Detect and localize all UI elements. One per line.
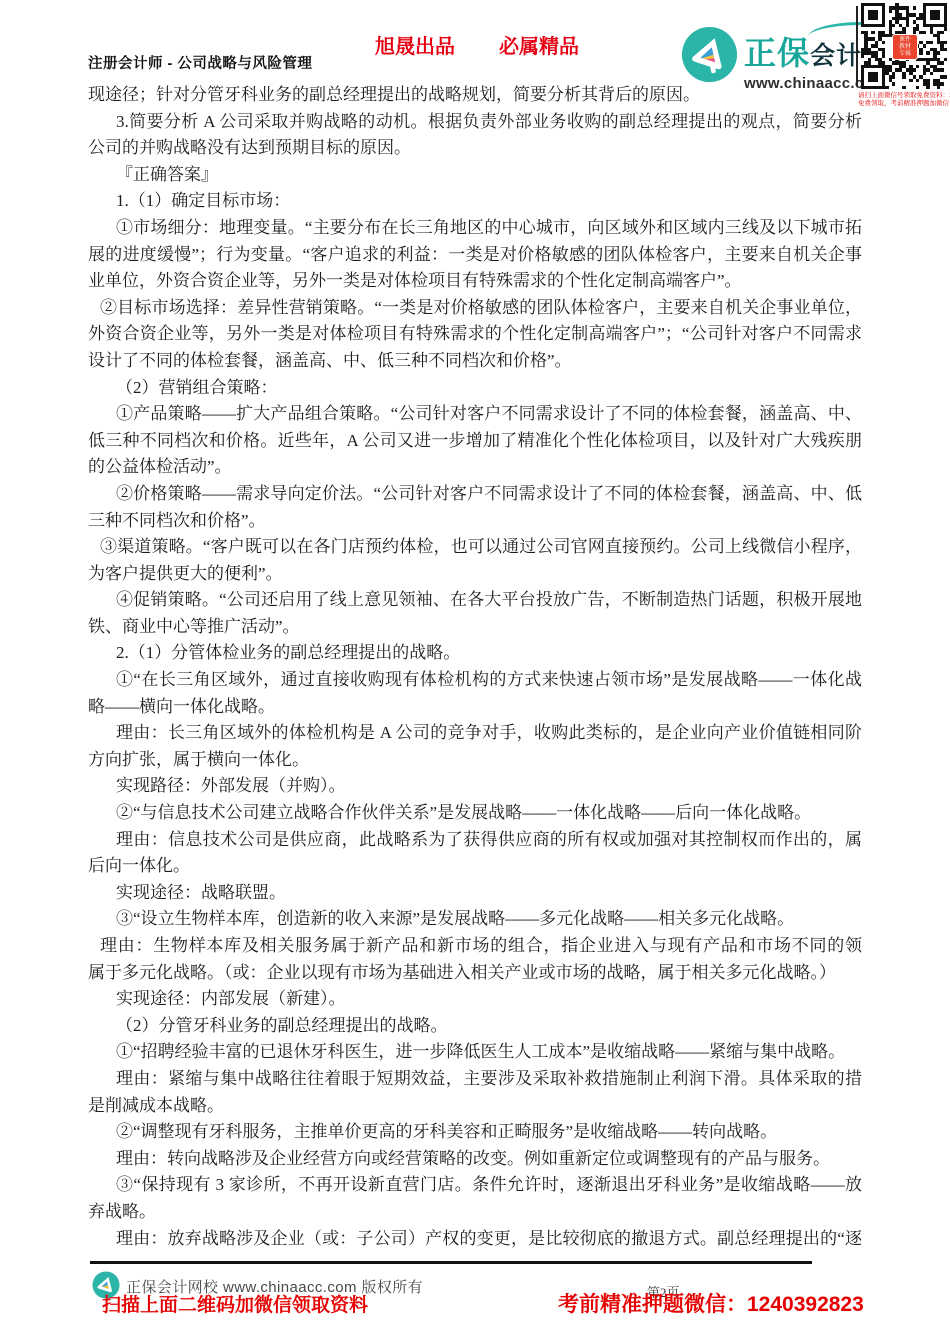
- doc-line: 现途径；针对分管牙科业务的副总经理提出的战略规划，简要分析其背后的原因。: [88, 82, 862, 109]
- doc-line: 略——横向一体化战略。: [88, 694, 862, 721]
- doc-line: 理由：放弃战略涉及企业（或：子公司）产权的变更，是比较彻底的撤退方式。副总经理提…: [88, 1226, 862, 1253]
- doc-line: 属于多元化战略。（或：企业以现有市场为基础进入相关产业或市场的战略，属于相关多元…: [88, 960, 862, 987]
- slogan-left-text: 旭晟出品: [375, 30, 455, 59]
- doc-line: 业单位，外资合资企业等，另外一类是对体检项目有特殊需求的个性化定制高端客户”。: [88, 268, 862, 295]
- brand-logo-icon: [681, 26, 738, 83]
- doc-line: 的公益体检活动”。: [88, 454, 862, 481]
- doc-line: 『正确答案』: [88, 162, 862, 189]
- doc-line: 低三种不同档次和价格。近些年，A 公司又进一步增加了精准化个性化体检项目，以及针…: [88, 428, 862, 455]
- doc-line: 后向一体化。: [88, 853, 862, 880]
- doc-line: ①“在长三角区域外，通过直接收购现有体检机构的方式来快速占领市场”是发展战略——…: [88, 667, 862, 694]
- doc-line: ②“与信息技术公司建立战略合作伙伴关系”是发展战略——一体化战略——后向一体化战…: [88, 800, 862, 827]
- doc-line: 方向扩张，属于横向一体化。: [88, 747, 862, 774]
- doc-line: 理由：生物样本库及相关服务属于新产品和新市场的组合，指企业进入与现有产品和市场不…: [88, 933, 862, 960]
- qr-caption: 请扫上面微信号领取免费资料：1240392823 免费领取，考前精准押题加微信：…: [858, 92, 950, 108]
- doc-line: 展的进度缓慢”；行为变量。“客户追求的利益：一类是对价格敏感的团队体检客户，主要…: [88, 242, 862, 269]
- doc-line: 外资合资企业等，另外一类是对体检项目有特殊需求的个性化定制高端客户”；“公司针对…: [88, 321, 862, 348]
- doc-line: （2）分管牙科业务的副总经理提出的战略。: [88, 1013, 862, 1040]
- qr-badge-text: 专属: [893, 51, 917, 58]
- document-page: 旭晟出品 必属精品 正保 会计网校 www.chinaacc.com: [0, 0, 950, 1344]
- doc-line: 理由：信息技术公司是供应商，此战略系为了获得供应商的所有权或加强对其控制权而作出…: [88, 827, 862, 854]
- doc-line: ①“招聘经验丰富的已退休牙科医生，进一步降低医生人工成本”是收缩战略——紧缩与集…: [88, 1039, 862, 1066]
- doc-line: 1.（1）确定目标市场：: [88, 188, 862, 215]
- footer-wechat-note: 考前精准押题微信：1240392823: [558, 1288, 864, 1318]
- doc-line: 理由：转向战略涉及企业经营方向或经营策略的改变。例如重新定位或调整现有的产品与服…: [88, 1146, 862, 1173]
- doc-line: 理由：紧缩与集中战略往往着眼于短期效益，主要涉及采取补救措施制止利润下滑。具体采…: [88, 1066, 862, 1093]
- brand-name-primary: 正保: [744, 28, 810, 74]
- doc-line: 公司的并购战略没有达到预期目标的原因。: [88, 135, 862, 162]
- doc-line: ③渠道策略。“客户既可以在各门店预约体检，也可以通过公司官网直接预约。公司上线微…: [88, 534, 862, 561]
- doc-line: 3.简要分析 A 公司采取并购战略的动机。根据负责外部业务收购的副总经理提出的观…: [88, 109, 862, 136]
- doc-line: ②目标市场选择：差异性营销策略。“一类是对价格敏感的团队体检客户，主要来自机关企…: [88, 295, 862, 322]
- qr-caption-line2: 免费领取，考前精准押题加微信：1240392823: [858, 100, 950, 108]
- doc-line: ①市场细分：地理变量。“主要分布在长三角地区的中心城市，向区域外和区域内三线及以…: [88, 215, 862, 242]
- qr-badge-text: 课件: [893, 37, 917, 44]
- document-body: 现途径；针对分管牙科业务的副总经理提出的战略规划，简要分析其背后的原因。3.简要…: [88, 82, 862, 1252]
- doc-line: （2）营销组合策略：: [88, 375, 862, 402]
- doc-line: ②价格策略——需求导向定价法。“公司针对客户不同需求设计了不同的体检套餐，涵盖高…: [88, 481, 862, 508]
- doc-line: ①产品策略——扩大产品组合策略。“公司针对客户不同需求设计了不同的体检套餐，涵盖…: [88, 401, 862, 428]
- doc-line: ④促销策略。“公司还启用了线上意见领袖、在各大平台投放广告，不断制造热门话题，积…: [88, 587, 862, 614]
- qr-separator-line: [856, 6, 858, 86]
- qr-badge-text: 教材: [893, 44, 917, 51]
- doc-line: 实现途径：内部发展（新建）。: [88, 986, 862, 1013]
- doc-line: 铁、商业中心等推广活动”。: [88, 614, 862, 641]
- course-title: 注册会计师 - 公司战略与风险管理: [88, 52, 312, 73]
- doc-line: ③“设立生物样本库，创造新的收入来源”是发展战略——多元化战略——相关多元化战略…: [88, 906, 862, 933]
- doc-line: 实现途径：战略联盟。: [88, 880, 862, 907]
- qr-code: 课件 教材 专属: [861, 3, 947, 89]
- doc-line: 为客户提供更大的便利”。: [88, 561, 862, 588]
- doc-line: 是削减成本战略。: [88, 1093, 862, 1120]
- top-slogan: 旭晟出品 必属精品: [375, 30, 579, 59]
- doc-line: ③“保持现有 3 家诊所，不再开设新直营门店。条件允许时，逐渐退出牙科业务”是收…: [88, 1172, 862, 1199]
- qr-caption-line1: 请扫上面微信号领取免费资料：1240392823: [858, 92, 950, 100]
- slogan-right-text: 必属精品: [499, 30, 579, 59]
- footer-scan-note: 扫描上面二维码加微信领取资料: [102, 1290, 368, 1317]
- doc-line: 理由：长三角区域外的体检机构是 A 公司的竞争对手，收购此类标的，是企业向产业价…: [88, 720, 862, 747]
- qr-center-badge: 课件 教材 专属: [892, 34, 918, 60]
- doc-line: ②“调整现有牙科服务，主推单价更高的牙科美容和正畸服务”是收缩战略——转向战略。: [88, 1119, 862, 1146]
- footer-rule: [90, 1261, 812, 1264]
- doc-line: 设计了不同的体检套餐，涵盖高、中、低三种不同档次和价格”。: [88, 348, 862, 375]
- doc-line: 弃战略。: [88, 1199, 862, 1226]
- doc-line: 实现路径：外部发展（并购）。: [88, 773, 862, 800]
- doc-line: 2.（1）分管体检业务的副总经理提出的战略。: [88, 640, 862, 667]
- doc-line: 三种不同档次和价格”。: [88, 508, 862, 535]
